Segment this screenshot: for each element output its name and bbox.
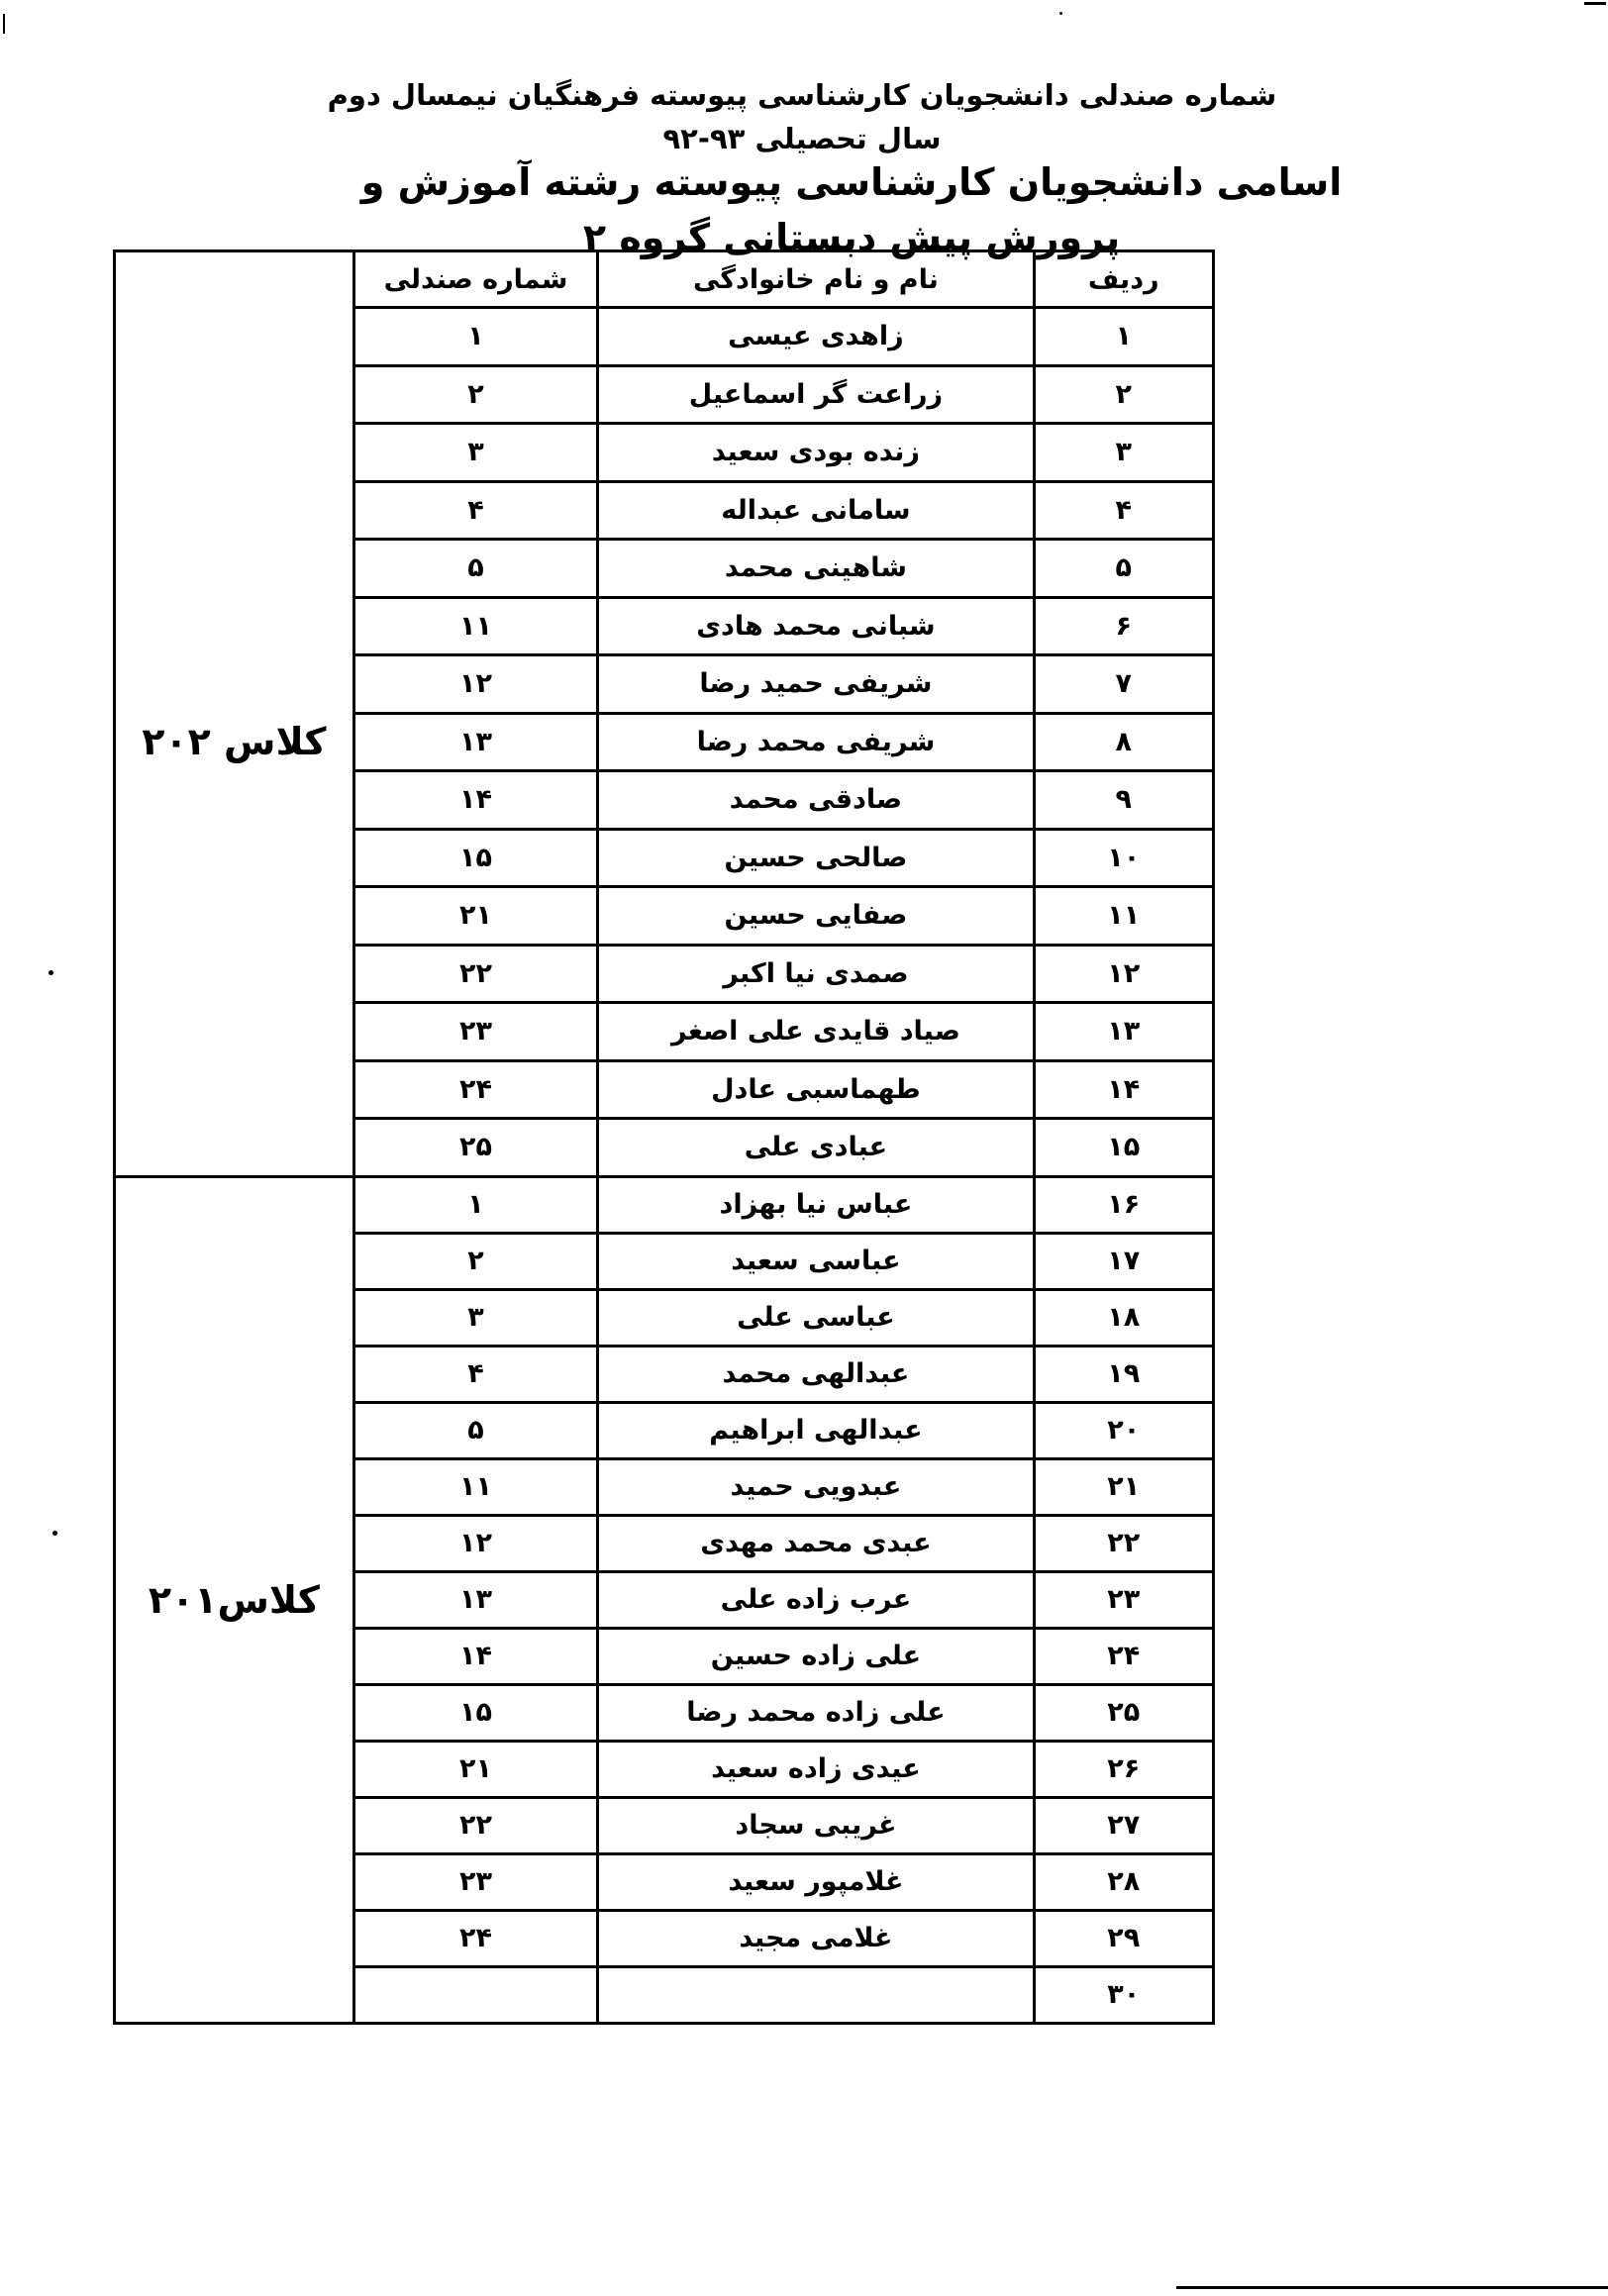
table-row: ۱۶عباس نیا بهزاد۱کلاس۲۰۱ [115,1176,1214,1233]
class-label: کلاس۲۰۱ [149,1578,320,1622]
student-name-cell: عبدی محمد مهدی [598,1515,1034,1571]
scan-artifact-dot [1059,12,1062,15]
student-name-cell: عباس نیا بهزاد [598,1176,1034,1233]
seat-number-cell: ۲۱ [353,887,598,946]
row-number-cell: ۲۴ [1034,1628,1213,1684]
seat-number-cell: ۱۲ [353,655,598,714]
seat-number-cell: ۱۵ [353,1684,598,1741]
student-name-cell: صالحی حسین [598,829,1034,887]
student-name-cell: صمدی نیا اکبر [598,945,1034,1003]
student-name-cell: عیدی زاده سعید [598,1741,1034,1797]
seat-number-cell: ۲۴ [353,1910,598,1966]
row-number-cell: ۲۶ [1034,1741,1213,1797]
student-name-cell: شریفی حمید رضا [598,655,1034,714]
student-name-cell: علی زاده محمد رضا [598,1684,1034,1741]
seat-number-cell: ۱ [353,1176,598,1233]
seat-number-cell: ۱۳ [353,713,598,771]
student-name-cell: عبدالهی محمد [598,1346,1034,1402]
row-number-cell: ۲ [1034,365,1213,424]
row-number-cell: ۲۸ [1034,1853,1213,1910]
student-name-cell: سامانی عبداله [598,481,1034,540]
student-name-cell: زراعت گر اسماعیل [598,365,1034,424]
header-seat-number: شماره صندلی [353,251,598,308]
scan-artifact-bottom-right-line [1176,2286,1608,2289]
seating-table: ردیف نام و نام خانوادگی شماره صندلی ۱زاه… [113,250,1215,2025]
row-number-cell: ۲۵ [1034,1684,1213,1741]
seat-number-cell: ۵ [353,1402,598,1458]
header-full-name: نام و نام خانوادگی [598,251,1034,308]
seat-number-cell: ۲۴ [353,1060,598,1119]
seat-number-cell: ۱۴ [353,1628,598,1684]
seat-number-cell: ۱۱ [353,1458,598,1515]
seat-number-cell: ۱۱ [353,597,598,655]
row-number-cell: ۱۹ [1034,1346,1213,1402]
seat-number-cell: ۱ [353,308,598,366]
row-number-cell: ۴ [1034,481,1213,540]
scan-artifact-top-right-mark [1584,2,1606,5]
header-row-number: ردیف [1034,251,1213,308]
class-label-cell: کلاس۲۰۱ [115,1176,354,2023]
row-number-cell: ۱۷ [1034,1233,1213,1289]
row-number-cell: ۳ [1034,424,1213,482]
seat-number-cell [353,1966,598,2023]
row-number-cell: ۹ [1034,771,1213,830]
row-number-cell: ۱۱ [1034,887,1213,946]
row-number-cell: ۶ [1034,597,1213,655]
seat-number-cell: ۱۵ [353,829,598,887]
student-name-cell: شریفی محمد رضا [598,713,1034,771]
seat-number-cell: ۴ [353,481,598,540]
scan-artifact-dot [49,970,53,975]
student-name-cell: عبدویی حمید [598,1458,1034,1515]
row-number-cell: ۱۸ [1034,1289,1213,1346]
seat-number-cell: ۵ [353,540,598,598]
row-number-cell: ۱۳ [1034,1003,1213,1061]
seat-number-cell: ۱۲ [353,1515,598,1571]
row-number-cell: ۲۹ [1034,1910,1213,1966]
seat-number-cell: ۳ [353,1289,598,1346]
student-name-cell: صادقی محمد [598,771,1034,830]
student-name-cell: علی زاده حسین [598,1628,1034,1684]
row-number-cell: ۸ [1034,713,1213,771]
seat-number-cell: ۲۲ [353,945,598,1003]
seat-number-cell: ۲۵ [353,1119,598,1177]
seating-table-container: ردیف نام و نام خانوادگی شماره صندلی ۱زاه… [113,250,1215,2025]
student-name-cell: غلامی مجید [598,1910,1034,1966]
seat-number-cell: ۲ [353,1233,598,1289]
row-number-cell: ۲۷ [1034,1797,1213,1853]
row-number-cell: ۵ [1034,540,1213,598]
scan-artifact-dot [52,1531,57,1536]
student-name-cell: غلامپور سعید [598,1853,1034,1910]
student-name-cell: زاهدی عیسی [598,308,1034,366]
class-label: کلاس ۲۰۲ [142,720,326,763]
student-name-cell: شاهینی محمد [598,540,1034,598]
row-number-cell: ۱۵ [1034,1119,1213,1177]
row-number-cell: ۲۲ [1034,1515,1213,1571]
table-row: ۱زاهدی عیسی۱کلاس ۲۰۲ [115,308,1214,366]
row-number-cell: ۲۳ [1034,1571,1213,1628]
seat-number-cell: ۲۲ [353,1797,598,1853]
seat-number-cell: ۱۳ [353,1571,598,1628]
document-subtitle: اسامی دانشجویان کارشناسی پیوسته رشته آمو… [297,154,1406,210]
row-number-cell: ۱۲ [1034,945,1213,1003]
student-name-cell: زنده بودی سعید [598,424,1034,482]
scan-artifact-left-tick [3,14,5,34]
seat-number-cell: ۲۳ [353,1003,598,1061]
row-number-cell: ۲۱ [1034,1458,1213,1515]
student-name-cell: صیاد قایدی علی اصغر [598,1003,1034,1061]
row-number-cell: ۱ [1034,308,1213,366]
seat-number-cell: ۴ [353,1346,598,1402]
seat-number-cell: ۳ [353,424,598,482]
student-name-cell: عباسی علی [598,1289,1034,1346]
row-number-cell: ۱۴ [1034,1060,1213,1119]
document-title: شماره صندلی دانشجویان کارشناسی پیوسته فر… [297,73,1307,117]
student-name-cell [598,1966,1034,2023]
row-number-cell: ۷ [1034,655,1213,714]
row-number-cell: ۳۰ [1034,1966,1213,2023]
seat-number-cell: ۱۴ [353,771,598,830]
student-name-cell: شبانی محمد هادی [598,597,1034,655]
class-label-cell: کلاس ۲۰۲ [115,308,354,1177]
student-name-cell: طهماسبی عادل [598,1060,1034,1119]
student-name-cell: عباسی سعید [598,1233,1034,1289]
student-name-cell: عبادی علی [598,1119,1034,1177]
seat-number-cell: ۲۳ [353,1853,598,1910]
table-header-row: ردیف نام و نام خانوادگی شماره صندلی [115,251,1214,308]
row-number-cell: ۱۶ [1034,1176,1213,1233]
student-name-cell: عبدالهی ابراهیم [598,1402,1034,1458]
student-name-cell: غریبی سجاد [598,1797,1034,1853]
student-name-cell: عرب زاده علی [598,1571,1034,1628]
header-class-blank [115,251,354,308]
row-number-cell: ۱۰ [1034,829,1213,887]
student-name-cell: صفایی حسین [598,887,1034,946]
seat-number-cell: ۲ [353,365,598,424]
seat-number-cell: ۲۱ [353,1741,598,1797]
row-number-cell: ۲۰ [1034,1402,1213,1458]
